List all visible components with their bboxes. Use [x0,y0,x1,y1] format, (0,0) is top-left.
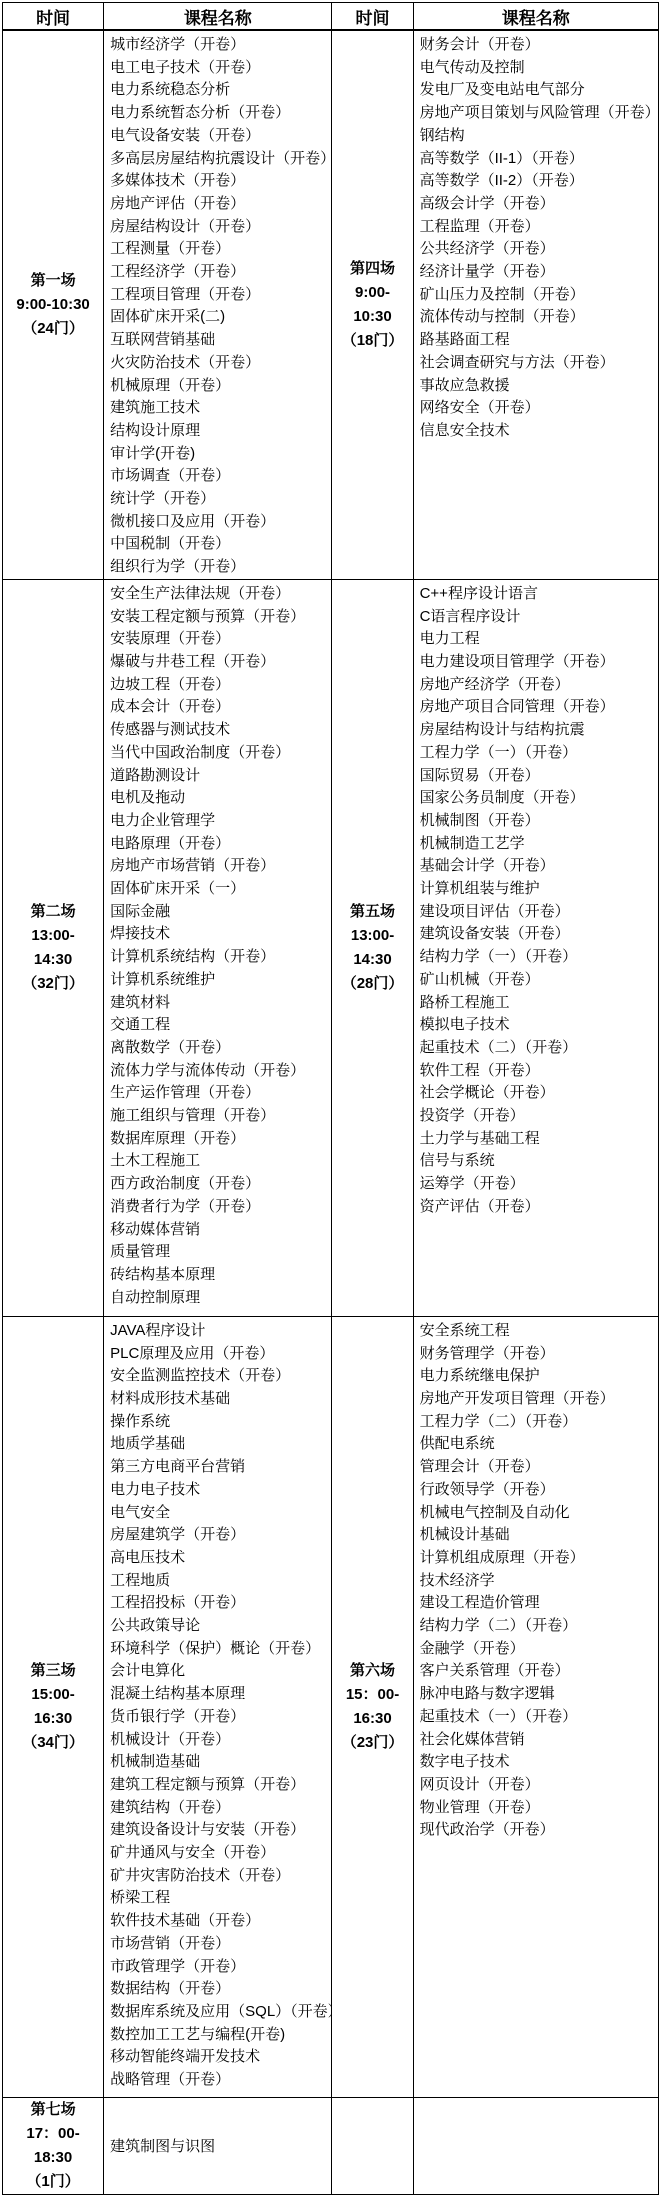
session-time-line: 15：00- [332,1683,412,1707]
course-item: 客户关系管理（开卷） [420,1660,656,1683]
course-item: 砖结构基本原理 [110,1264,329,1287]
course-item: 信息安全技术 [420,420,656,443]
course-item: 管理会计（开卷） [420,1456,656,1479]
course-item: 建筑设备设计与安装（开卷） [110,1819,329,1842]
session-3-course-list: JAVA程序设计PLC原理及应用（开卷）安全监测监控技术（开卷）材料成形技术基础… [104,1317,331,2092]
course-item: 传感器与测试技术 [110,719,329,742]
session-time-line: （24门） [3,317,103,341]
course-item: 电工电子技术（开卷） [110,57,329,80]
course-item: 建设项目评估（开卷） [420,901,656,924]
course-item: 建设工程造价管理 [420,1592,656,1615]
course-item: 爆破与井巷工程（开卷） [110,651,329,674]
course-item: 土力学与基础工程 [420,1128,656,1151]
course-item: 房地产市场营销（开卷） [110,855,329,878]
course-item: 网络安全（开卷） [420,397,656,420]
course-item: 建筑施工技术 [110,397,329,420]
course-item: 当代中国政治制度（开卷） [110,742,329,765]
course-item: 运筹学（开卷） [420,1173,656,1196]
course-item: 路基路面工程 [420,329,656,352]
session-time-line: 第四场 [332,257,412,281]
course-item: 机械制造工艺学 [420,833,656,856]
header-cell-time-left: 时间 [3,3,104,31]
course-item: 市政管理学（开卷） [110,1956,329,1979]
course-item: 电力系统继电保护 [420,1365,656,1388]
course-item: 脉冲电路与数字逻辑 [420,1683,656,1706]
session-7-empty-time-cell [332,2097,413,2194]
course-item: 材料成形技术基础 [110,1388,329,1411]
course-item: 计算机系统维护 [110,969,329,992]
course-item: 房屋结构设计与结构抗震 [420,719,656,742]
course-item: 电气传动及控制 [420,57,656,80]
session-4-course-list: 财务会计（开卷）电气传动及控制发电厂及变电站电气部分房地产项目策划与风险管理（开… [414,31,658,443]
session-time-line: （28门） [332,972,412,996]
session-time-line: 15:00- [3,1683,103,1707]
session-time-line: 10:30 [332,305,412,329]
course-item: 工程力学（一）（开卷） [420,742,656,765]
course-item: 经济计量学（开卷） [420,261,656,284]
course-item: 矿井通风与安全（开卷） [110,1842,329,1865]
session-time-line: 17：00- [3,2122,103,2146]
course-item: 房地产项目合同管理（开卷） [420,696,656,719]
course-item: 技术经济学 [420,1570,656,1593]
course-item: 高电压技术 [110,1547,329,1570]
course-item: 安全监测监控技术（开卷） [110,1365,329,1388]
session-3-time-cell: 第三场15:00-16:30（34门） [3,1316,104,2097]
session-6-course-cell: 安全系统工程财务管理学（开卷）电力系统继电保护房地产开发项目管理（开卷）工程力学… [413,1316,658,2097]
course-item: 高级会计学（开卷） [420,193,656,216]
course-item: 电力建设项目管理学（开卷） [420,651,656,674]
course-item: 数据库原理（开卷） [110,1128,329,1151]
session-3-course-cell: JAVA程序设计PLC原理及应用（开卷）安全监测监控技术（开卷）材料成形技术基础… [104,1316,332,2097]
course-item: 社会化媒体营销 [420,1729,656,1752]
course-item: 网页设计（开卷） [420,1774,656,1797]
session-time-line: 第三场 [3,1659,103,1683]
course-item: 矿山压力及控制（开卷） [420,284,656,307]
course-item: 数据结构（开卷） [110,1978,329,2001]
course-item: 工程项目管理（开卷） [110,284,329,307]
course-item: 公共政策导论 [110,1615,329,1638]
session-7-time-cell: 第七场17：00-18:30（1门） [3,2097,104,2194]
session-time-line: 第七场 [3,2098,103,2122]
course-item: 建筑结构（开卷） [110,1797,329,1820]
session-1-time-cell: 第一场9:00-10:30（24门） [3,30,104,579]
session-5-course-list: C++程序设计语言C语言程序设计电力工程电力建设项目管理学（开卷）房地产经济学（… [414,580,658,1219]
course-item: JAVA程序设计 [110,1320,329,1343]
session-7-course-cell: 建筑制图与识图 [104,2097,332,2194]
course-item: 计算机组装与维护 [420,878,656,901]
header-cell-course-left: 课程名称 [104,3,332,31]
course-item: 混凝土结构基本原理 [110,1683,329,1706]
session-time-line: 第二场 [3,900,103,924]
table-row-session-2-5: 第二场13:00-14:30（32门） 安全生产法律法规（开卷）安装工程定额与预… [3,579,659,1316]
course-item: 高等数学（II-2）（开卷） [420,170,656,193]
course-item: 多高层房屋结构抗震设计（开卷） [110,148,329,171]
course-item: 电气设备安装（开卷） [110,125,329,148]
course-item: 房地产开发项目管理（开卷） [420,1388,656,1411]
session-4-time-cell: 第四场9:00-10:30（18门） [332,30,413,579]
session-7-empty-course-list [414,2098,658,2101]
course-item: 计算机组成原理（开卷） [420,1547,656,1570]
course-item: 中国税制（开卷） [110,533,329,556]
course-item: 数字电子技术 [420,1751,656,1774]
course-item: 施工组织与管理（开卷） [110,1105,329,1128]
session-7-empty-course-cell [413,2097,658,2194]
course-item: 互联网营销基础 [110,329,329,352]
course-item: 房屋建筑学（开卷） [110,1524,329,1547]
course-item: 组织行为学（开卷） [110,556,329,579]
course-item: PLC原理及应用（开卷） [110,1343,329,1366]
course-item: 市场营销（开卷） [110,1933,329,1956]
course-item: 工程地质 [110,1570,329,1593]
header-cell-time-right: 时间 [332,3,413,31]
course-item: 物业管理（开卷） [420,1797,656,1820]
course-item: 资产评估（开卷） [420,1196,656,1219]
course-item: 工程测量（开卷） [110,238,329,261]
course-item: 战略管理（开卷） [110,2069,329,2092]
course-item: 工程力学（二）（开卷） [420,1411,656,1434]
course-item: 发电厂及变电站电气部分 [420,79,656,102]
course-item: 流体力学与流体传动（开卷） [110,1060,329,1083]
course-item: 审计学(开卷) [110,443,329,466]
session-2-time-cell: 第二场13:00-14:30（32门） [3,579,104,1316]
course-item: 机械制造基础 [110,1751,329,1774]
course-item: 数据库系统及应用（SQL）（开卷） [110,2001,329,2024]
course-item: 微机接口及应用（开卷） [110,511,329,534]
course-item: 财务管理学（开卷） [420,1343,656,1366]
session-time-line: （1门） [3,2170,103,2194]
table-row-session-1-4: 第一场9:00-10:30（24门） 城市经济学（开卷）电工电子技术（开卷）电力… [3,30,659,579]
course-item: 建筑工程定额与预算（开卷） [110,1774,329,1797]
course-item: 成本会计（开卷） [110,696,329,719]
course-item: 多媒体技术（开卷） [110,170,329,193]
session-time-line: 第五场 [332,900,412,924]
course-item: 房地产项目策划与风险管理（开卷） [420,102,656,125]
course-item: 土木工程施工 [110,1150,329,1173]
session-time-line: 14:30 [3,948,103,972]
session-time-line: （18门） [332,329,412,353]
course-item: 起重技术（二）（开卷） [420,1037,656,1060]
course-item: 自动控制原理 [110,1287,329,1310]
session-4-course-cell: 财务会计（开卷）电气传动及控制发电厂及变电站电气部分房地产项目策划与风险管理（开… [413,30,658,579]
session-time-line: 18:30 [3,2146,103,2170]
course-item: 环境科学（保护）概论（开卷） [110,1638,329,1661]
course-item: 电机及拖动 [110,787,329,810]
course-item: 电力工程 [420,628,656,651]
course-item: 安装工程定额与预算（开卷） [110,606,329,629]
course-item: 建筑设备安装（开卷） [420,923,656,946]
course-item: 信号与系统 [420,1150,656,1173]
course-item: 国际金融 [110,901,329,924]
course-item: 消费者行为学（开卷） [110,1196,329,1219]
course-item: 矿山机械（开卷） [420,969,656,992]
course-item: 钢结构 [420,125,656,148]
course-item: 房地产经济学（开卷） [420,674,656,697]
course-item: 建筑材料 [110,992,329,1015]
course-item: 公共经济学（开卷） [420,238,656,261]
course-item: 焊接技术 [110,923,329,946]
course-item: 第三方电商平台营销 [110,1456,329,1479]
course-item: 社会学概论（开卷） [420,1082,656,1105]
session-1-course-cell: 城市经济学（开卷）电工电子技术（开卷）电力系统稳态分析电力系统暂态分析（开卷）电… [104,30,332,579]
session-7-course-list: 建筑制图与识图 [104,2133,331,2159]
session-5-course-cell: C++程序设计语言C语言程序设计电力工程电力建设项目管理学（开卷）房地产经济学（… [413,579,658,1316]
course-item: C语言程序设计 [420,606,656,629]
session-time-line: 第一场 [3,269,103,293]
session-2-course-list: 安全生产法律法规（开卷）安装工程定额与预算（开卷）安装原理（开卷）爆破与井巷工程… [104,580,331,1310]
session-6-time-cell: 第六场15：00-16:30（23门） [332,1316,413,2097]
course-item: 机械设计基础 [420,1524,656,1547]
course-item: 西方政治制度（开卷） [110,1173,329,1196]
course-item: 模拟电子技术 [420,1014,656,1037]
course-item: 财务会计（开卷） [420,34,656,57]
course-item: 电力企业管理学 [110,810,329,833]
header-cell-course-right: 课程名称 [413,3,658,31]
course-item: 城市经济学（开卷） [110,34,329,57]
course-item: 计算机系统结构（开卷） [110,946,329,969]
course-item: 电力系统稳态分析 [110,79,329,102]
course-item: 软件工程（开卷） [420,1060,656,1083]
course-item: 建筑制图与识图 [110,2136,329,2159]
exam-schedule-page: 时间 课程名称 时间 课程名称 第一场9:00-10:30（24门） 城市经济学… [0,0,661,2181]
course-item: 高等数学（II-1）（开卷） [420,148,656,171]
course-item: 安全生产法律法规（开卷） [110,583,329,606]
course-item: 投资学（开卷） [420,1105,656,1128]
course-item: 国际贸易（开卷） [420,765,656,788]
course-item: 固体矿床开采(二) [110,306,329,329]
session-time-line: （34门） [3,1731,103,1755]
course-item: 生产运作管理（开卷） [110,1082,329,1105]
course-item: 数控加工工艺与编程(开卷) [110,2024,329,2047]
course-item: 安全系统工程 [420,1320,656,1343]
session-5-time-cell: 第五场13:00-14:30（28门） [332,579,413,1316]
course-item: 路桥工程施工 [420,992,656,1015]
course-item: 电路原理（开卷） [110,833,329,856]
table-row-session-7: 第七场17：00-18:30（1门） 建筑制图与识图 [3,2097,659,2194]
table-row-session-3-6: 第三场15:00-16:30（34门） JAVA程序设计PLC原理及应用（开卷）… [3,1316,659,2097]
session-time-line: 16:30 [3,1707,103,1731]
session-time-line: 第六场 [332,1659,412,1683]
course-item: 结构力学（二）（开卷） [420,1615,656,1638]
course-item: 离散数学（开卷） [110,1037,329,1060]
course-item: 安装原理（开卷） [110,628,329,651]
course-item: 国家公务员制度（开卷） [420,787,656,810]
course-item: 电力电子技术 [110,1479,329,1502]
course-item: 机械电气控制及自动化 [420,1502,656,1525]
course-item: 基础会计学（开卷） [420,855,656,878]
course-item: 矿井灾害防治技术（开卷） [110,1865,329,1888]
course-item: 道路勘测设计 [110,765,329,788]
session-2-course-cell: 安全生产法律法规（开卷）安装工程定额与预算（开卷）安装原理（开卷）爆破与井巷工程… [104,579,332,1316]
course-item: 交通工程 [110,1014,329,1037]
course-item: 地质学基础 [110,1433,329,1456]
session-6-course-list: 安全系统工程财务管理学（开卷）电力系统继电保护房地产开发项目管理（开卷）工程力学… [414,1317,658,1842]
course-item: 房屋结构设计（开卷） [110,216,329,239]
session-time-line: 16:30 [332,1707,412,1731]
course-item: 软件技术基础（开卷） [110,1910,329,1933]
course-item: 供配电系统 [420,1433,656,1456]
course-item: 金融学（开卷） [420,1638,656,1661]
course-item: 机械制图（开卷） [420,810,656,833]
course-item: 结构力学（一）（开卷） [420,946,656,969]
session-time-line: 13:00- [332,924,412,948]
course-item: 操作系统 [110,1411,329,1434]
course-item: 统计学（开卷） [110,488,329,511]
course-item: 流体传动与控制（开卷） [420,306,656,329]
course-item: 固体矿床开采（一） [110,878,329,901]
course-item: 火灾防治技术（开卷） [110,352,329,375]
course-item: 社会调查研究与方法（开卷） [420,352,656,375]
course-item: 移动媒体营销 [110,1219,329,1242]
course-item: 市场调查（开卷） [110,465,329,488]
header-row: 时间 课程名称 时间 课程名称 [3,3,659,31]
course-item: 起重技术（一）（开卷） [420,1706,656,1729]
course-item: 行政领导学（开卷） [420,1479,656,1502]
course-item: 现代政治学（开卷） [420,1819,656,1842]
session-time-line: （32门） [3,972,103,996]
course-item: 结构设计原理 [110,420,329,443]
session-time-line: 13:00- [3,924,103,948]
course-item: 工程经济学（开卷） [110,261,329,284]
session-1-course-list: 城市经济学（开卷）电工电子技术（开卷）电力系统稳态分析电力系统暂态分析（开卷）电… [104,31,331,579]
session-time-line: 14:30 [332,948,412,972]
course-item: 房地产评估（开卷） [110,193,329,216]
course-item: 机械设计（开卷） [110,1729,329,1752]
session-time-line: 9:00-10:30 [3,293,103,317]
course-item: 工程监理（开卷） [420,216,656,239]
course-item: 移动智能终端开发技术 [110,2046,329,2069]
course-item: 电气安全 [110,1502,329,1525]
session-time-line: 9:00- [332,281,412,305]
course-item: 工程招投标（开卷） [110,1592,329,1615]
exam-schedule-table: 时间 课程名称 时间 课程名称 第一场9:00-10:30（24门） 城市经济学… [2,2,659,2195]
course-item: 货币银行学（开卷） [110,1706,329,1729]
course-item: 机械原理（开卷） [110,375,329,398]
session-time-line: （23门） [332,1731,412,1755]
course-item: 事故应急救援 [420,375,656,398]
course-item: C++程序设计语言 [420,583,656,606]
course-item: 会计电算化 [110,1660,329,1683]
course-item: 质量管理 [110,1241,329,1264]
course-item: 边坡工程（开卷） [110,674,329,697]
course-item: 桥梁工程 [110,1887,329,1910]
course-item: 电力系统暂态分析（开卷） [110,102,329,125]
